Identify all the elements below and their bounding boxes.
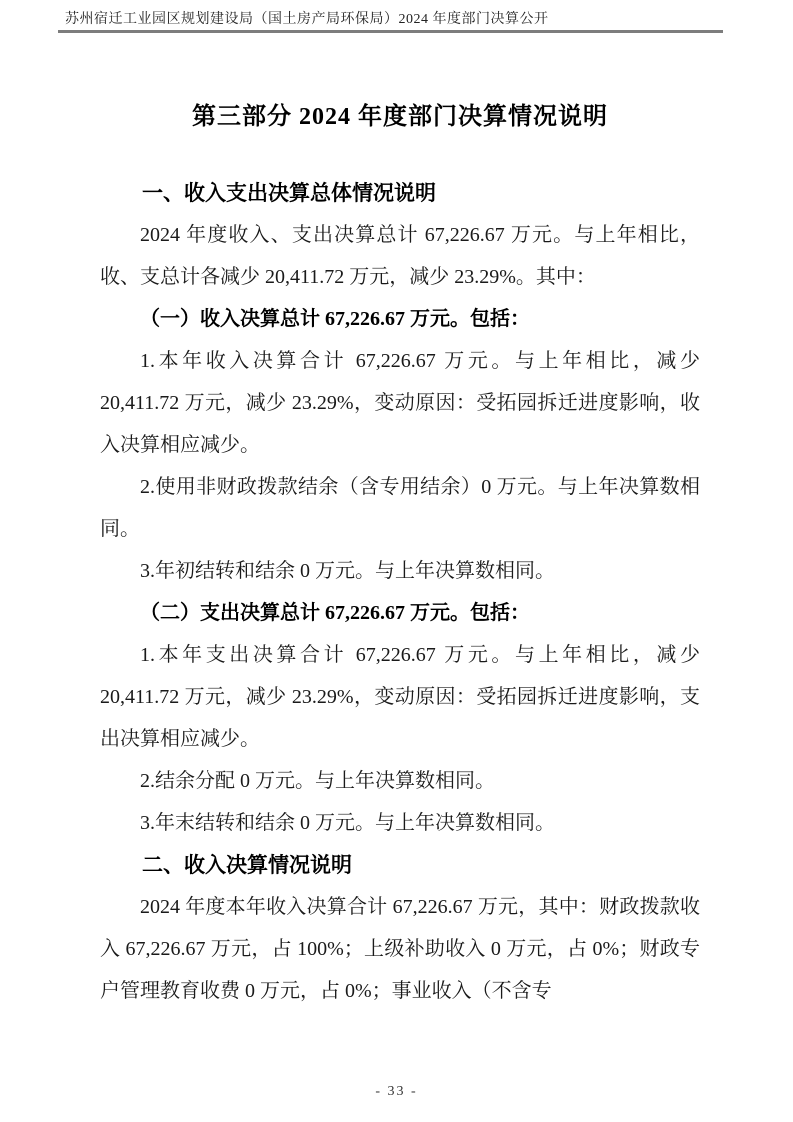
document-page: { "page": { "header": { "text": "苏州宿迁工业园… (0, 0, 793, 1122)
paragraph: 3.年初结转和结余 0 万元。与上年决算数相同。 (100, 550, 700, 592)
header-title: 苏州宿迁工业园区规划建设局（国土房产局环保局）2024 年度部门决算公开 (58, 11, 723, 28)
document-title: 第三部分 2024 年度部门决算情况说明 (100, 96, 700, 138)
paragraph: 2.使用非财政拨款结余（含专用结余）0 万元。与上年决算数相同。 (100, 466, 700, 550)
page-footer: - 33 - (0, 1084, 793, 1100)
paragraph: 二、收入决算情况说明 (100, 844, 700, 886)
page-number: - 33 - (375, 1084, 417, 1099)
paragraph: （一）收入决算总计 67,226.67 万元。包括： (100, 298, 700, 340)
header-rule (58, 30, 723, 33)
paragraph: （二）支出决算总计 67,226.67 万元。包括： (100, 592, 700, 634)
paragraph: 1.本年收入决算合计 67,226.67 万元。与上年相比，减少 20,411.… (100, 340, 700, 466)
paragraph: 3.年末结转和结余 0 万元。与上年决算数相同。 (100, 802, 700, 844)
paragraph: 一、收入支出决算总体情况说明 (100, 172, 700, 214)
paragraph: 2024 年度收入、支出决算总计 67,226.67 万元。与上年相比，收、支总… (100, 214, 700, 298)
paragraph: 2.结余分配 0 万元。与上年决算数相同。 (100, 760, 700, 802)
paragraph: 2024 年度本年收入决算合计 67,226.67 万元，其中：财政拨款收入 6… (100, 886, 700, 1012)
paragraph: 1.本年支出决算合计 67,226.67 万元。与上年相比，减少 20,411.… (100, 634, 700, 760)
document-body: 第三部分 2024 年度部门决算情况说明 一、收入支出决算总体情况说明 2024… (100, 96, 700, 1012)
page-header: 苏州宿迁工业园区规划建设局（国土房产局环保局）2024 年度部门决算公开 (58, 11, 723, 33)
paragraph-list: 一、收入支出决算总体情况说明 2024 年度收入、支出决算总计 67,226.6… (100, 172, 700, 1012)
